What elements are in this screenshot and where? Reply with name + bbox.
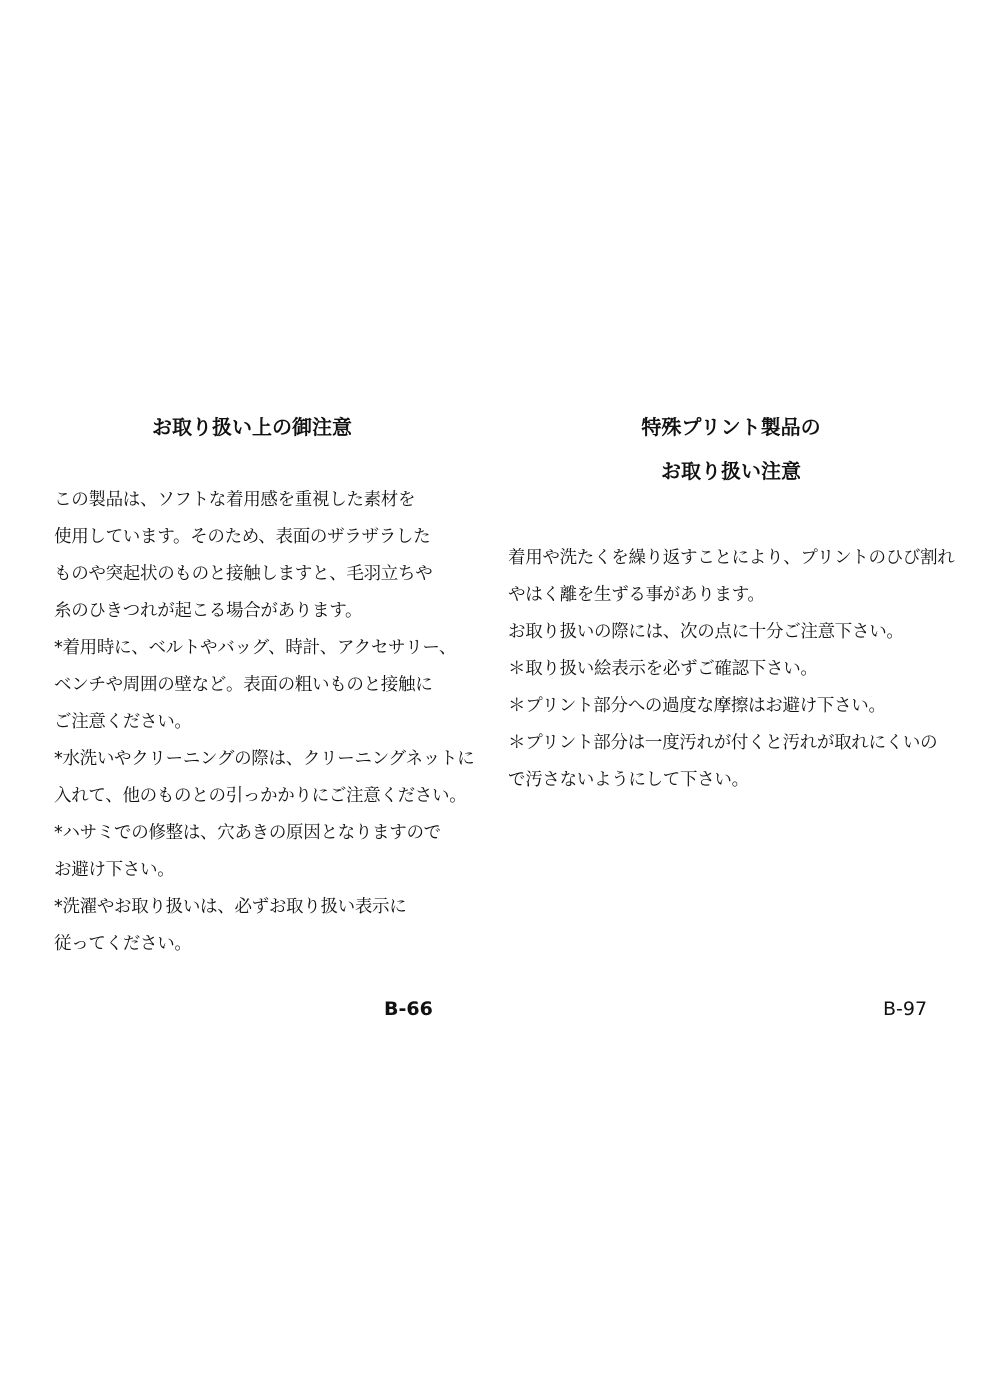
left-line: この製品は、ソフトな着用感を重視した素材を <box>54 482 454 519</box>
right-title-line-2: お取り扱い注意 <box>514 452 948 490</box>
left-line: *洗濯やお取り扱いは、必ずお取り扱い表示に <box>54 889 454 926</box>
left-line: 使用しています。そのため、表面のザラザラした <box>54 519 454 556</box>
care-notice-right: 特殊プリント製品の お取り扱い注意 着用や洗たくを繰り返すことにより、プリントの… <box>508 400 948 799</box>
left-title: お取り扱い上の御注意 <box>50 408 454 446</box>
left-line: 従ってください。 <box>54 926 454 963</box>
right-page-number: B-97 <box>883 998 927 1020</box>
left-line: ベンチや周囲の壁など。表面の粗いものと接触に <box>54 667 454 704</box>
right-line: ＊プリント部分への過度な摩擦はお避け下さい。 <box>508 688 948 725</box>
right-title-line-1: 特殊プリント製品の <box>514 408 948 446</box>
left-line: 入れて、他のものとの引っかかりにご注意ください。 <box>54 778 454 815</box>
left-line: ものや突起状のものと接触しますと、毛羽立ちや <box>54 556 454 593</box>
left-page-number: B-66 <box>384 998 433 1020</box>
right-line: ＊取り扱い絵表示を必ずご確認下さい。 <box>508 651 948 688</box>
right-line: で汚さないようにして下さい。 <box>508 762 948 799</box>
left-line: ご注意ください。 <box>54 704 454 741</box>
left-line: *ハサミでの修整は、穴あきの原因となりますので <box>54 815 454 852</box>
left-line: *水洗いやクリーニングの際は、クリーニングネットに <box>54 741 454 778</box>
right-line: ＊プリント部分は一度汚れが付くと汚れが取れにくいの <box>508 725 948 762</box>
left-body: この製品は、ソフトな着用感を重視した素材を 使用しています。そのため、表面のザラ… <box>54 482 454 963</box>
right-line: 着用や洗たくを繰り返すことにより、プリントのひび割れ <box>508 540 948 577</box>
left-line: お避け下さい。 <box>54 852 454 889</box>
care-notice-left: お取り扱い上の御注意 この製品は、ソフトな着用感を重視した素材を 使用しています… <box>54 400 454 963</box>
left-line: 糸のひきつれが起こる場合があります。 <box>54 593 454 630</box>
right-body: 着用や洗たくを繰り返すことにより、プリントのひび割れ やはく離を生ずる事がありま… <box>508 540 948 799</box>
right-line: やはく離を生ずる事があります。 <box>508 577 948 614</box>
left-line: *着用時に、ベルトやバッグ、時計、アクセサリー、 <box>54 630 454 667</box>
right-line: お取り扱いの際には、次の点に十分ご注意下さい。 <box>508 614 948 651</box>
